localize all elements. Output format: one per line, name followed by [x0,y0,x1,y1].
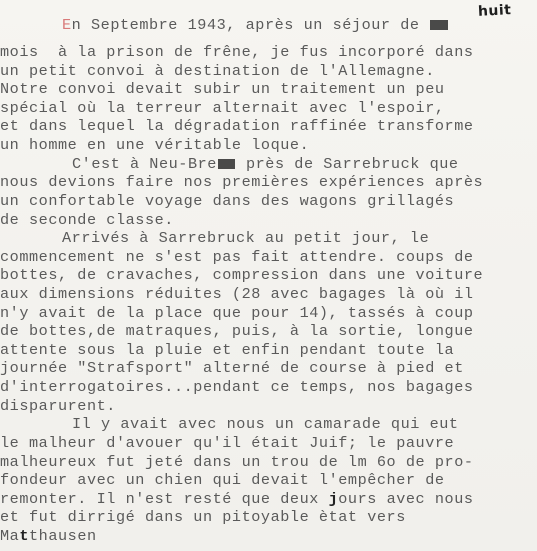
overtyped-letter: j [329,490,339,508]
text-line: En Septembre 1943, après un séjour de un [62,16,449,34]
text-line: un homme en une véritable loque. [0,136,309,154]
text-line: C'est à Neu-Brenn près de Sarrebruck que [72,155,459,173]
overtyped-letter: t [19,527,29,545]
text-line: aux dimensions réduites (28 avec bagages… [0,285,474,303]
text-line: disparurent. [0,397,116,415]
text-line: d'interrogatoires...pendant ce temps, no… [0,378,474,396]
text-line: et dans lequel la dégradation raffinée t… [0,117,474,135]
text-line: de bottes,de matraques, puis, à la sorti… [0,322,474,340]
text-line: n'y avait de la place que pour 14), tass… [0,304,474,322]
text-line: un petit convoi à destination de l'Allem… [0,62,435,80]
handwritten-correction: huit [478,2,512,20]
text-line: nous devions faire nos premières expérie… [0,173,483,191]
red-initial-letter: E [62,16,72,34]
text-line: le malheur d'avouer qu'il était Juif; le… [0,434,454,452]
typewritten-page: En Septembre 1943, après un séjour de un… [0,0,537,551]
text-line: remonter. Il n'est resté que deux jours … [0,490,474,508]
text-line: journée "Strafsport" alterné de course à… [0,359,464,377]
text-line: Il y avait avec nous un camarade qui eut [72,415,459,433]
text-line: fondeur avec un chien qui devait l'empêc… [0,471,445,489]
text-line: spécial où la terreur alternait avec l'e… [0,99,445,117]
text-line: bottes, de cravaches, compression dans u… [0,266,483,284]
text-line: de seconde classe. [0,211,174,229]
text-line: attente sous la pluie et enfin pendant t… [0,341,454,359]
text-line: malheureux fut jeté dans un trou de lm 6… [0,453,474,471]
text-line: un confortable voyage dans des wagons gr… [0,192,454,210]
text-line: commencement ne s'est pas fait attendre.… [0,248,474,266]
struck-out-word: un [429,16,448,34]
text-line: Arrivés à Sarrebruck au petit jour, le [62,229,429,247]
text-line: Matthausen [0,527,97,545]
struck-out-word: nn [217,155,236,173]
text-line: Notre convoi devait subir un traitement … [0,80,445,98]
text-line: et fut dirrigé dans un pitoyable ètat ve… [0,508,406,526]
text-line: mois à la prison de frêne, je fus incorp… [0,43,474,61]
